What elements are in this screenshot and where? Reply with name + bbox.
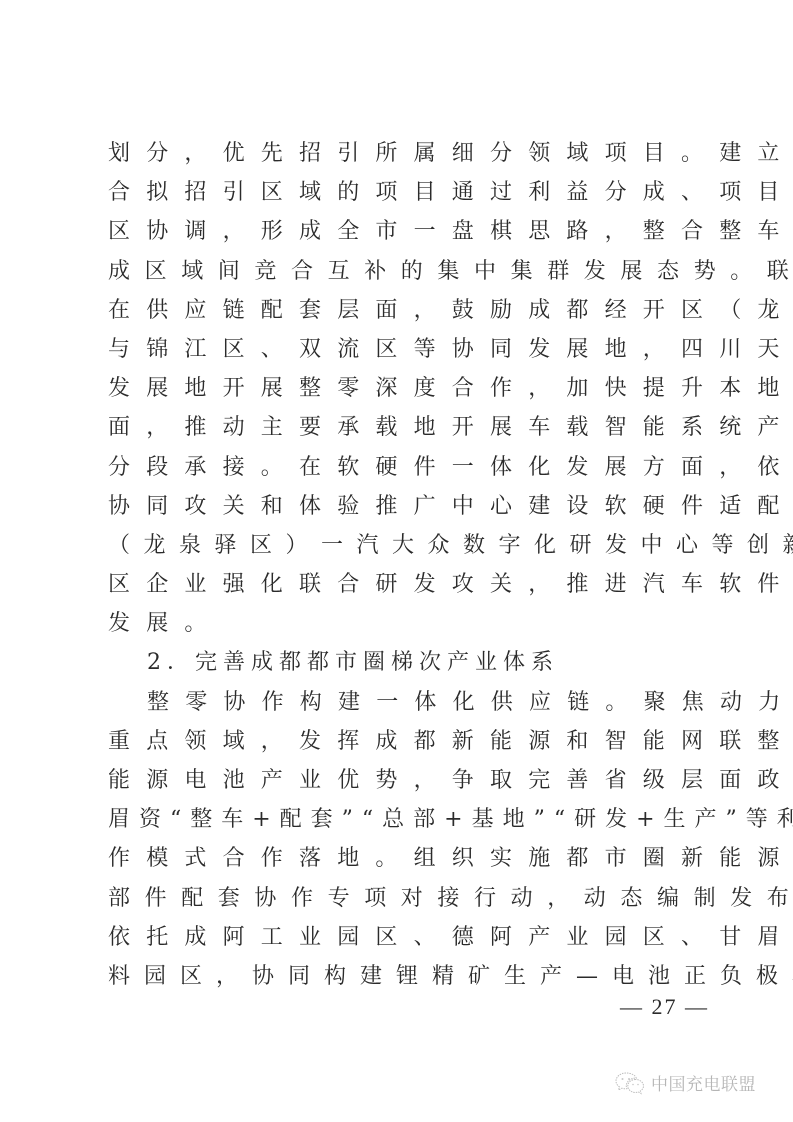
text-line: 作模式合作落地。组织实施都市圈新能源和智能网联汽车产业零 (108, 839, 708, 878)
text-line: 划分，优先招引所属细分领域项目。建立补偿协调机制。对不适 (108, 134, 708, 173)
text-line: 依托成阿工业园区、德阿产业园区、甘眉工业园区等新能源新材 (108, 918, 708, 957)
page-number: — 27 — (620, 994, 709, 1020)
watermark-text: 中国充电联盟 (651, 1070, 756, 1095)
wechat-icon (615, 1071, 645, 1095)
body-text: 划分，优先招引所属细分领域项目。建立补偿协调机制。对不适 合拟招引区域的项目通过… (108, 134, 708, 996)
text-line: （龙泉驿区）一汽大众数字化研发中心等创新资源，鼓励成都高新 (108, 526, 708, 565)
text-line: 重点领域，发挥成都新能源和智能网联整车优势，德阳和眉山新 (108, 722, 708, 761)
text-line: 成区域间竞合互补的集中集群发展态势。联动协同加强市域合作。 (108, 252, 708, 291)
text-line: 分段承接。在软硬件一体化发展方面，依托成都高新区工业软件 (108, 448, 708, 487)
text-line: 整零协作构建一体化供应链。聚焦动力电池、新能源整车等 (108, 683, 708, 722)
text-line: 在供应链配套层面，鼓励成都经开区（龙泉驿区）、成都高新区 (108, 291, 708, 330)
document-page: 划分，优先招引所属细分领域项目。建立补偿协调机制。对不适 合拟招引区域的项目通过… (0, 0, 793, 1122)
text-line: 与锦江区、双流区等协同发展地，四川天府新区、新津区等关联 (108, 330, 708, 369)
text-line: 区企业强化联合研发攻关，推进汽车软件与硬件高度整合和集成 (108, 565, 708, 604)
text-line: 面，推动主要承载地开展车载智能系统产业重大项目联合招引、 (108, 408, 708, 447)
text-line: 能源电池产业优势，争取完善省级层面政策指引，加快推动成德 (108, 761, 708, 800)
text-line: 眉资“整车+配套”“总部+基地”“研发+生产”等利益共享协 (108, 800, 708, 839)
text-line: 部件配套协作专项对接行动，动态编制发布配套协作机会清单。 (108, 879, 708, 918)
text-line: 区协调，形成全市一盘棋思路，整合整车制造和零部件资源，形 (108, 212, 708, 251)
watermark: 中国充电联盟 (615, 1070, 756, 1095)
text-line: 料园区，协同构建锂精矿生产—电池正负极材料生产—电池生产 (108, 957, 708, 996)
text-line: 发展地开展整零深度合作，加快提升本地配套率。在联合招商层 (108, 369, 708, 408)
text-line: 协同攻关和体验推广中心建设软硬件适配中心，依托成都经开区 (108, 487, 708, 526)
section-heading: 2．完善成都都市圈梯次产业体系 (108, 643, 708, 682)
text-line: 合拟招引区域的项目通过利益分成、项目置换等补偿机制进行跨 (108, 173, 708, 212)
text-line: 发展。 (108, 604, 708, 643)
